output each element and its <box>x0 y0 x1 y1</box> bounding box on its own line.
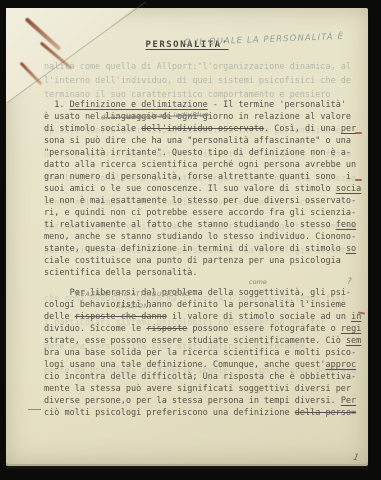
typed-line: cio incontra delle difficoltà; Una rispo… <box>44 371 362 383</box>
typed-line: "personalità irritante". Questo tipo di … <box>44 147 362 159</box>
typed-line: stante, questa definizione in termini di… <box>44 243 362 255</box>
typed-line: ciò molti psicologi preferiscono una def… <box>44 407 362 419</box>
typed-line: ciale costituisce una punto di partenza … <box>44 255 362 267</box>
paragraph-definizione: 1. Definizione e delimitazione - Il term… <box>44 99 362 279</box>
margin-pencil-dash <box>28 409 41 410</box>
typed-line: di stimolo sociale dell'individuo osserv… <box>44 123 362 135</box>
handwritten-insert-come: come <box>249 278 267 286</box>
typed-line: meno, anche se stanno studiando lo stess… <box>44 231 362 243</box>
handwritten-insert-reazioni: REAZIONI <box>116 303 151 310</box>
typed-line: ti relativamente al fatto che stanno stu… <box>44 219 362 231</box>
typed-line: suoi amici o le sue conoscenze. Il suo v… <box>44 183 362 195</box>
typed-line: strate, esse possono essere studiate sci… <box>44 335 362 347</box>
paragraph-behavioristi: Per liberarsi dal problema della soggett… <box>44 287 362 419</box>
typed-line: diverse persone,o per la stessa persona … <box>44 395 362 407</box>
margin-red-mark <box>355 179 362 181</box>
typed-line: dividuo. Siccome le risposte possono ess… <box>44 323 362 335</box>
typed-line: gran numero di personalità, forse altret… <box>44 171 362 183</box>
typed-line: le non è mai esattamente lo stesso per d… <box>44 195 362 207</box>
typed-line: cologi behavioristi hanno definito la pe… <box>44 299 362 311</box>
typed-line: mente la stessa può avere significati so… <box>44 383 362 395</box>
document-page: nalità come quella di Allport:"l'organiz… <box>6 8 368 464</box>
typed-line: delle risposte che danno il valore di st… <box>44 311 362 323</box>
margin-red-mark <box>355 132 362 134</box>
ghost-line: nalità come quella di Allport:"l'organiz… <box>44 62 351 72</box>
scanned-document: nalità come quella di Allport:"l'organiz… <box>0 0 381 480</box>
typed-line: logi usano una tale definizione. Comunqu… <box>44 359 362 371</box>
typed-line: ri, e quindi non ci potrebbe essere acco… <box>44 207 362 219</box>
typed-line: scientifica della personalità. <box>44 267 362 279</box>
typed-line: sona si può dire che ha una "personalità… <box>44 135 362 147</box>
typed-line: bra una base solida per la ricerca scien… <box>44 347 362 359</box>
margin-question-mark: ? <box>347 277 352 287</box>
handwritten-insert-reazioni-che-attribuiscono: REAZIONI CHE ATTRIBUISCONO <box>76 291 191 298</box>
ghost-line: l'interno dell'individuo, di quei sistem… <box>44 76 351 86</box>
page-number: 1 <box>352 453 360 464</box>
typed-line: 1. Definizione e delimitazione - Il term… <box>44 99 362 111</box>
typed-line: datto alla ricerca scientifica perché og… <box>44 159 362 171</box>
